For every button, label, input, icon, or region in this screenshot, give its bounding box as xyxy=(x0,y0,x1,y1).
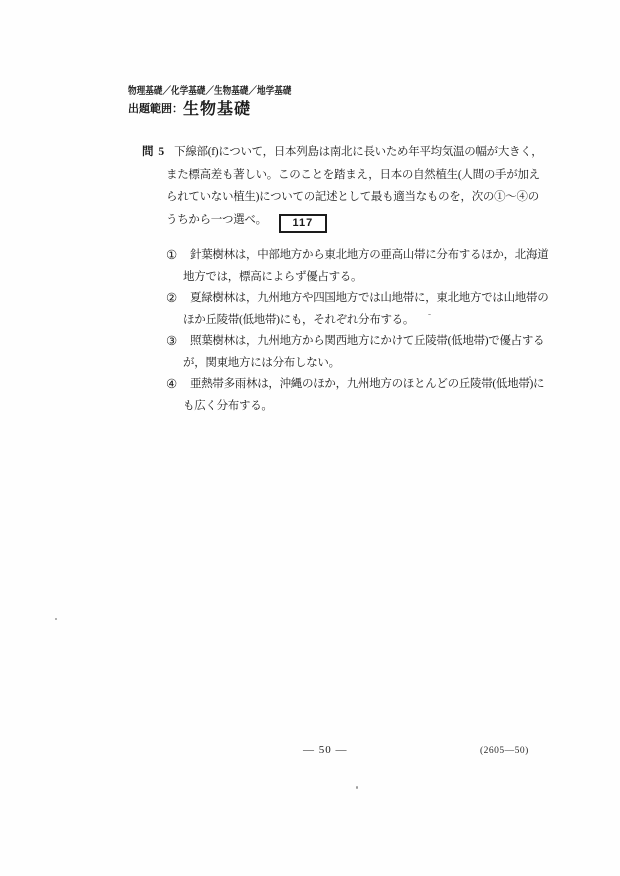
option-3: ③ 照葉樹林は，九州地方から関西地方にかけて丘陵帯(低地帯)で優占する が，関東… xyxy=(166,331,556,374)
option-1-circle-number: ① xyxy=(166,245,177,267)
option-4-text: 亜熱帯多雨林は，沖縄のほか，九州地方のほとんどの丘陵帯(低地帯)に xyxy=(190,374,556,396)
option-2-text: 夏緑樹林は，九州地方や四国地方では山地帯に，東北地方では山地帯の xyxy=(190,288,556,310)
option-1-text: 針葉樹林は，中部地方から東北地方の亜高山帯に分布するほか，北海道 xyxy=(190,245,556,267)
document-code: (2605—50) xyxy=(480,746,529,756)
option-3-circle-number: ③ xyxy=(166,331,177,353)
question-line: うちから一つ選べ。117 xyxy=(142,209,552,233)
option-1-text: 地方では，標高によらず優占する。 xyxy=(183,267,556,289)
option-4: ④ 亜熱帯多雨林は，沖縄のほか，九州地方のほとんどの丘陵帯(低地帯)に も広く分… xyxy=(166,374,556,417)
options-list: ① 針葉樹林は，中部地方から東北地方の亜高山帯に分布するほか，北海道 地方では，… xyxy=(166,245,556,417)
question-line: 問 5下線部(f)について，日本列島は南北に長いため年平均気温の幅が大きく， xyxy=(142,141,552,164)
option-2-text: ほか丘陵帯(低地帯)にも，それぞれ分布する。 xyxy=(183,310,556,332)
scope-subject: 生物基礎 xyxy=(183,101,251,118)
scope-label: 出題範囲： xyxy=(128,103,183,115)
question-block: 問 5下線部(f)について，日本列島は南北に長いため年平均気温の幅が大きく， ま… xyxy=(142,141,552,233)
option-3-text: 照葉樹林は，九州地方から関西地方にかけて丘陵帯(低地帯)で優占する xyxy=(190,331,556,353)
option-2-circle-number: ② xyxy=(166,288,177,310)
question-text: 下線部(f)について，日本列島は南北に長いため年平均気温の幅が大きく， xyxy=(174,146,542,158)
subject-list-header: 物理基礎／化学基礎／生物基礎／地学基礎 xyxy=(128,82,291,97)
option-4-circle-number: ④ xyxy=(166,374,177,396)
question-line: られていない植生)についての記述として最も適当なものを，次の①～④の xyxy=(142,186,552,209)
page-number: — 50 — xyxy=(303,744,348,756)
scan-speck xyxy=(428,314,431,315)
scan-speck xyxy=(55,618,57,620)
answer-number-box: 117 xyxy=(279,214,327,233)
option-3-text: が，関東地方には分布しない。 xyxy=(183,353,556,375)
option-2: ② 夏緑樹林は，九州地方や四国地方では山地帯に，東北地方では山地帯の ほか丘陵帯… xyxy=(166,288,556,331)
exam-page: 物理基礎／化学基礎／生物基礎／地学基礎 出題範囲：生物基礎 問 5下線部(f)に… xyxy=(0,0,620,876)
option-4-text: も広く分布する。 xyxy=(183,396,556,418)
option-1: ① 針葉樹林は，中部地方から東北地方の亜高山帯に分布するほか，北海道 地方では，… xyxy=(166,245,556,288)
scan-speck xyxy=(529,376,531,378)
question-line: また標高差も著しい。このことを踏まえ，日本の自然植生(人間の手が加え xyxy=(142,164,552,187)
question-text: うちから一つ選べ。 xyxy=(166,214,267,226)
question-number-label: 問 5 xyxy=(142,146,165,158)
scope-line: 出題範囲：生物基礎 xyxy=(128,96,251,119)
scan-speck xyxy=(356,786,358,789)
